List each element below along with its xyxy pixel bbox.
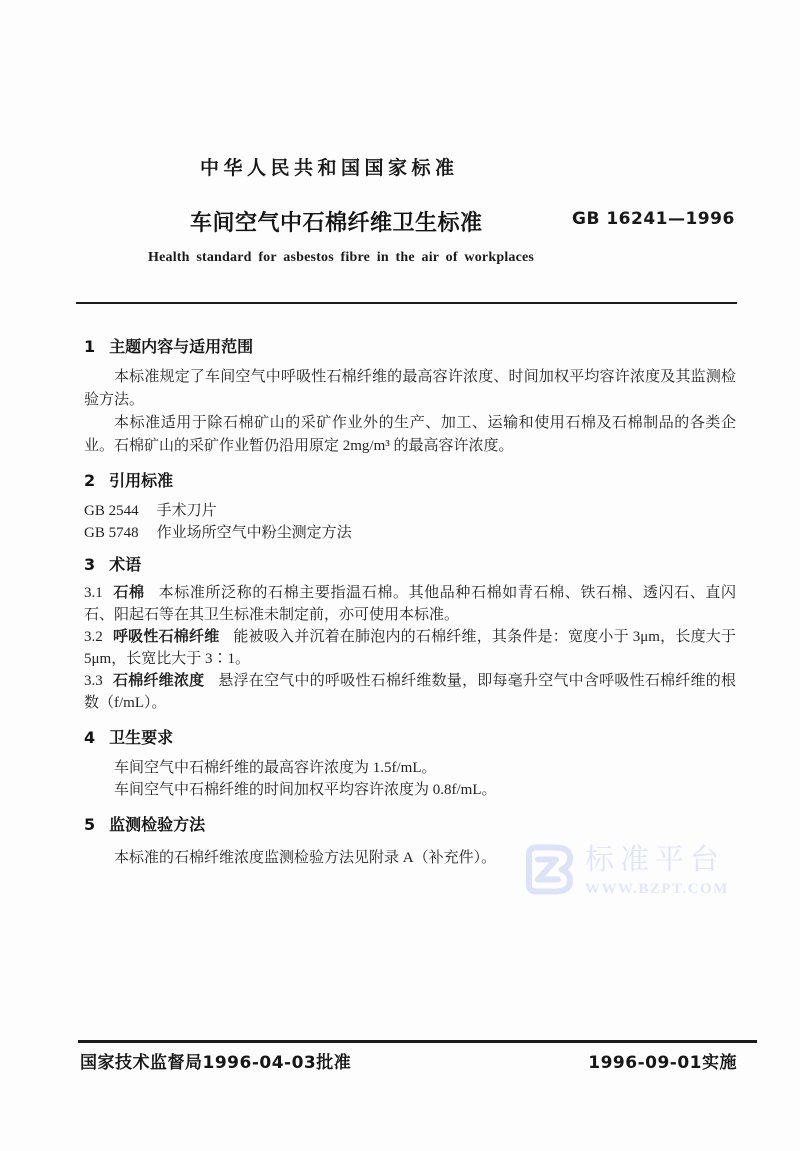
section-5-heading: 5监测检验方法 bbox=[84, 814, 736, 836]
section-1-paragraph-1: 本标准规定了车间空气中呼吸性石棉纤维的最高容许浓度、时间加权平均容许浓度及其监测… bbox=[84, 366, 736, 412]
term-definition-text: 本标准所泛称的石棉主要指温石棉。其他品种石棉如青石棉、铁石棉、透闪石、直闪石、阳… bbox=[84, 585, 736, 623]
section-1-heading: 1主题内容与适用范围 bbox=[84, 336, 736, 358]
national-standard-title: 中华人民共和国国家标准 bbox=[200, 153, 459, 180]
term-word: 石棉 bbox=[113, 583, 145, 601]
document-body: 1主题内容与适用范围 本标准规定了车间空气中呼吸性石棉纤维的最高容许浓度、时间加… bbox=[84, 320, 736, 869]
referenced-standard-name: 手术刀片 bbox=[157, 503, 217, 519]
term-number: 3.3 bbox=[84, 673, 103, 689]
referenced-standard-code: GB 5748 bbox=[84, 525, 139, 541]
section-4-number: 4 bbox=[84, 728, 95, 747]
standard-number: GB 16241—1996 bbox=[572, 209, 735, 229]
document-page: 中华人民共和国国家标准 车间空气中石棉纤维卫生标准 GB 16241—1996 … bbox=[0, 0, 800, 1151]
referenced-standard-row: GB 2544手术刀片 bbox=[84, 500, 736, 522]
section-2-title: 引用标准 bbox=[109, 471, 173, 490]
terms-list: 3.1石棉本标准所泛称的石棉主要指温石棉。其他品种石棉如青石棉、铁石棉、透闪石、… bbox=[84, 582, 736, 714]
referenced-standard-code: GB 2544 bbox=[84, 503, 139, 519]
requirement-line: 车间空气中石棉纤维的最高容许浓度为 1.5f/mL。 bbox=[84, 757, 736, 779]
section-5-title: 监测检验方法 bbox=[109, 815, 205, 834]
document-title-en: Health standard for asbestos fibre in th… bbox=[148, 250, 534, 266]
section-2-heading: 2引用标准 bbox=[84, 470, 736, 492]
term-word: 石棉纤维浓度 bbox=[113, 671, 205, 689]
term-number: 3.2 bbox=[84, 629, 103, 645]
requirement-line: 车间空气中石棉纤维的时间加权平均容许浓度为 0.8f/mL。 bbox=[84, 779, 736, 801]
section-5-number: 5 bbox=[84, 815, 95, 834]
term-definition-3-2: 3.2呼吸性石棉纤维能被吸入并沉着在肺泡内的石棉纤维，其条件是：宽度小于 3μm… bbox=[84, 626, 736, 670]
watermark-url-text: WWW.BZPT.COM bbox=[585, 880, 729, 898]
term-word: 呼吸性石棉纤维 bbox=[113, 627, 220, 645]
footer-approval-text: 国家技术监督局1996-04-03批准 bbox=[80, 1048, 351, 1073]
section-3-heading: 3术语 bbox=[84, 554, 736, 576]
section-1-number: 1 bbox=[84, 337, 95, 356]
document-title-cn: 车间空气中石棉纤维卫生标准 bbox=[190, 206, 483, 237]
term-definition-3-3: 3.3石棉纤维浓度悬浮在空气中的呼吸性石棉纤维数量，即每毫升空气中含呼吸性石棉纤… bbox=[84, 670, 736, 714]
footer-divider-line bbox=[78, 1040, 757, 1043]
term-definition-3-1: 3.1石棉本标准所泛称的石棉主要指温石棉。其他品种石棉如青石棉、铁石棉、透闪石、… bbox=[84, 582, 736, 626]
referenced-standard-row: GB 5748作业场所空气中粉尘测定方法 bbox=[84, 522, 736, 544]
section-4-title: 卫生要求 bbox=[109, 728, 173, 747]
section-4-heading: 4卫生要求 bbox=[84, 727, 736, 749]
section-3-number: 3 bbox=[84, 555, 95, 574]
term-number: 3.1 bbox=[84, 585, 103, 601]
referenced-standards-list: GB 2544手术刀片 GB 5748作业场所空气中粉尘测定方法 bbox=[84, 500, 736, 544]
monitoring-method-line: 本标准的石棉纤维浓度监测检验方法见附录 A（补充件）。 bbox=[84, 847, 736, 869]
section-1-paragraph-2: 本标准适用于除石棉矿山的采矿作业外的生产、加工、运输和使用石棉及石棉制品的各类企… bbox=[84, 412, 736, 458]
header-divider-line bbox=[76, 302, 737, 304]
footer-implementation-text: 1996-09-01实施 bbox=[588, 1048, 737, 1073]
section-3-title: 术语 bbox=[109, 555, 141, 574]
referenced-standard-name: 作业场所空气中粉尘测定方法 bbox=[157, 525, 352, 541]
section-2-number: 2 bbox=[84, 471, 95, 490]
section-1-title: 主题内容与适用范围 bbox=[109, 337, 253, 356]
hygiene-requirements: 车间空气中石棉纤维的最高容许浓度为 1.5f/mL。 车间空气中石棉纤维的时间加… bbox=[84, 757, 736, 801]
